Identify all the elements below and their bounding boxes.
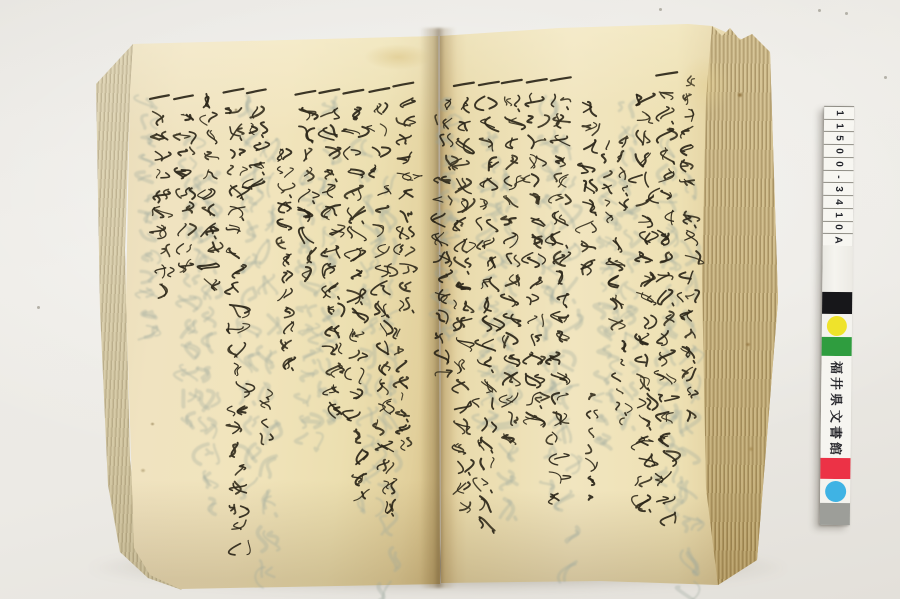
color-patch-cyan bbox=[820, 479, 850, 503]
yellow-dot bbox=[827, 315, 847, 335]
cyan-dot bbox=[825, 480, 846, 501]
id-label: 11500-3410A bbox=[823, 106, 854, 246]
id-label-tile: 5 bbox=[824, 132, 854, 144]
photograph: 11500-3410A 福井県文書館 bbox=[0, 0, 900, 599]
archive-name-char: 書 bbox=[829, 425, 842, 439]
scale-bar-blank-segment bbox=[822, 246, 852, 292]
archive-name-char: 文 bbox=[829, 409, 842, 423]
id-label-tile: 1 bbox=[824, 107, 854, 119]
handwritten-text-layer bbox=[0, 0, 900, 599]
id-label-tile: 3 bbox=[823, 183, 853, 195]
id-label-tile: 0 bbox=[824, 145, 854, 157]
color-patch-yellow bbox=[822, 314, 852, 337]
id-label-tile: 1 bbox=[823, 209, 853, 221]
color-patch-gray bbox=[820, 503, 850, 525]
id-label-tile: A bbox=[823, 234, 853, 246]
color-patch-green bbox=[822, 337, 852, 356]
id-label-tile: 1 bbox=[824, 120, 854, 132]
id-label-tile: - bbox=[823, 171, 853, 183]
archive-name-label: 福井県文書館 bbox=[821, 356, 852, 458]
id-label-tile: 4 bbox=[823, 196, 853, 208]
color-patch-red bbox=[820, 458, 850, 479]
archival-scale-bar: 11500-3410A 福井県文書館 bbox=[820, 106, 854, 525]
color-patch-black bbox=[822, 292, 852, 314]
id-label-tile: 0 bbox=[823, 221, 853, 233]
archive-name-char: 館 bbox=[829, 441, 842, 455]
id-label-tile: 0 bbox=[824, 158, 854, 170]
handwriting-columns-right-page bbox=[429, 71, 705, 535]
archive-name-char: 井 bbox=[830, 377, 843, 391]
archive-name-char: 福 bbox=[830, 360, 843, 374]
archive-name-char: 県 bbox=[830, 393, 843, 407]
